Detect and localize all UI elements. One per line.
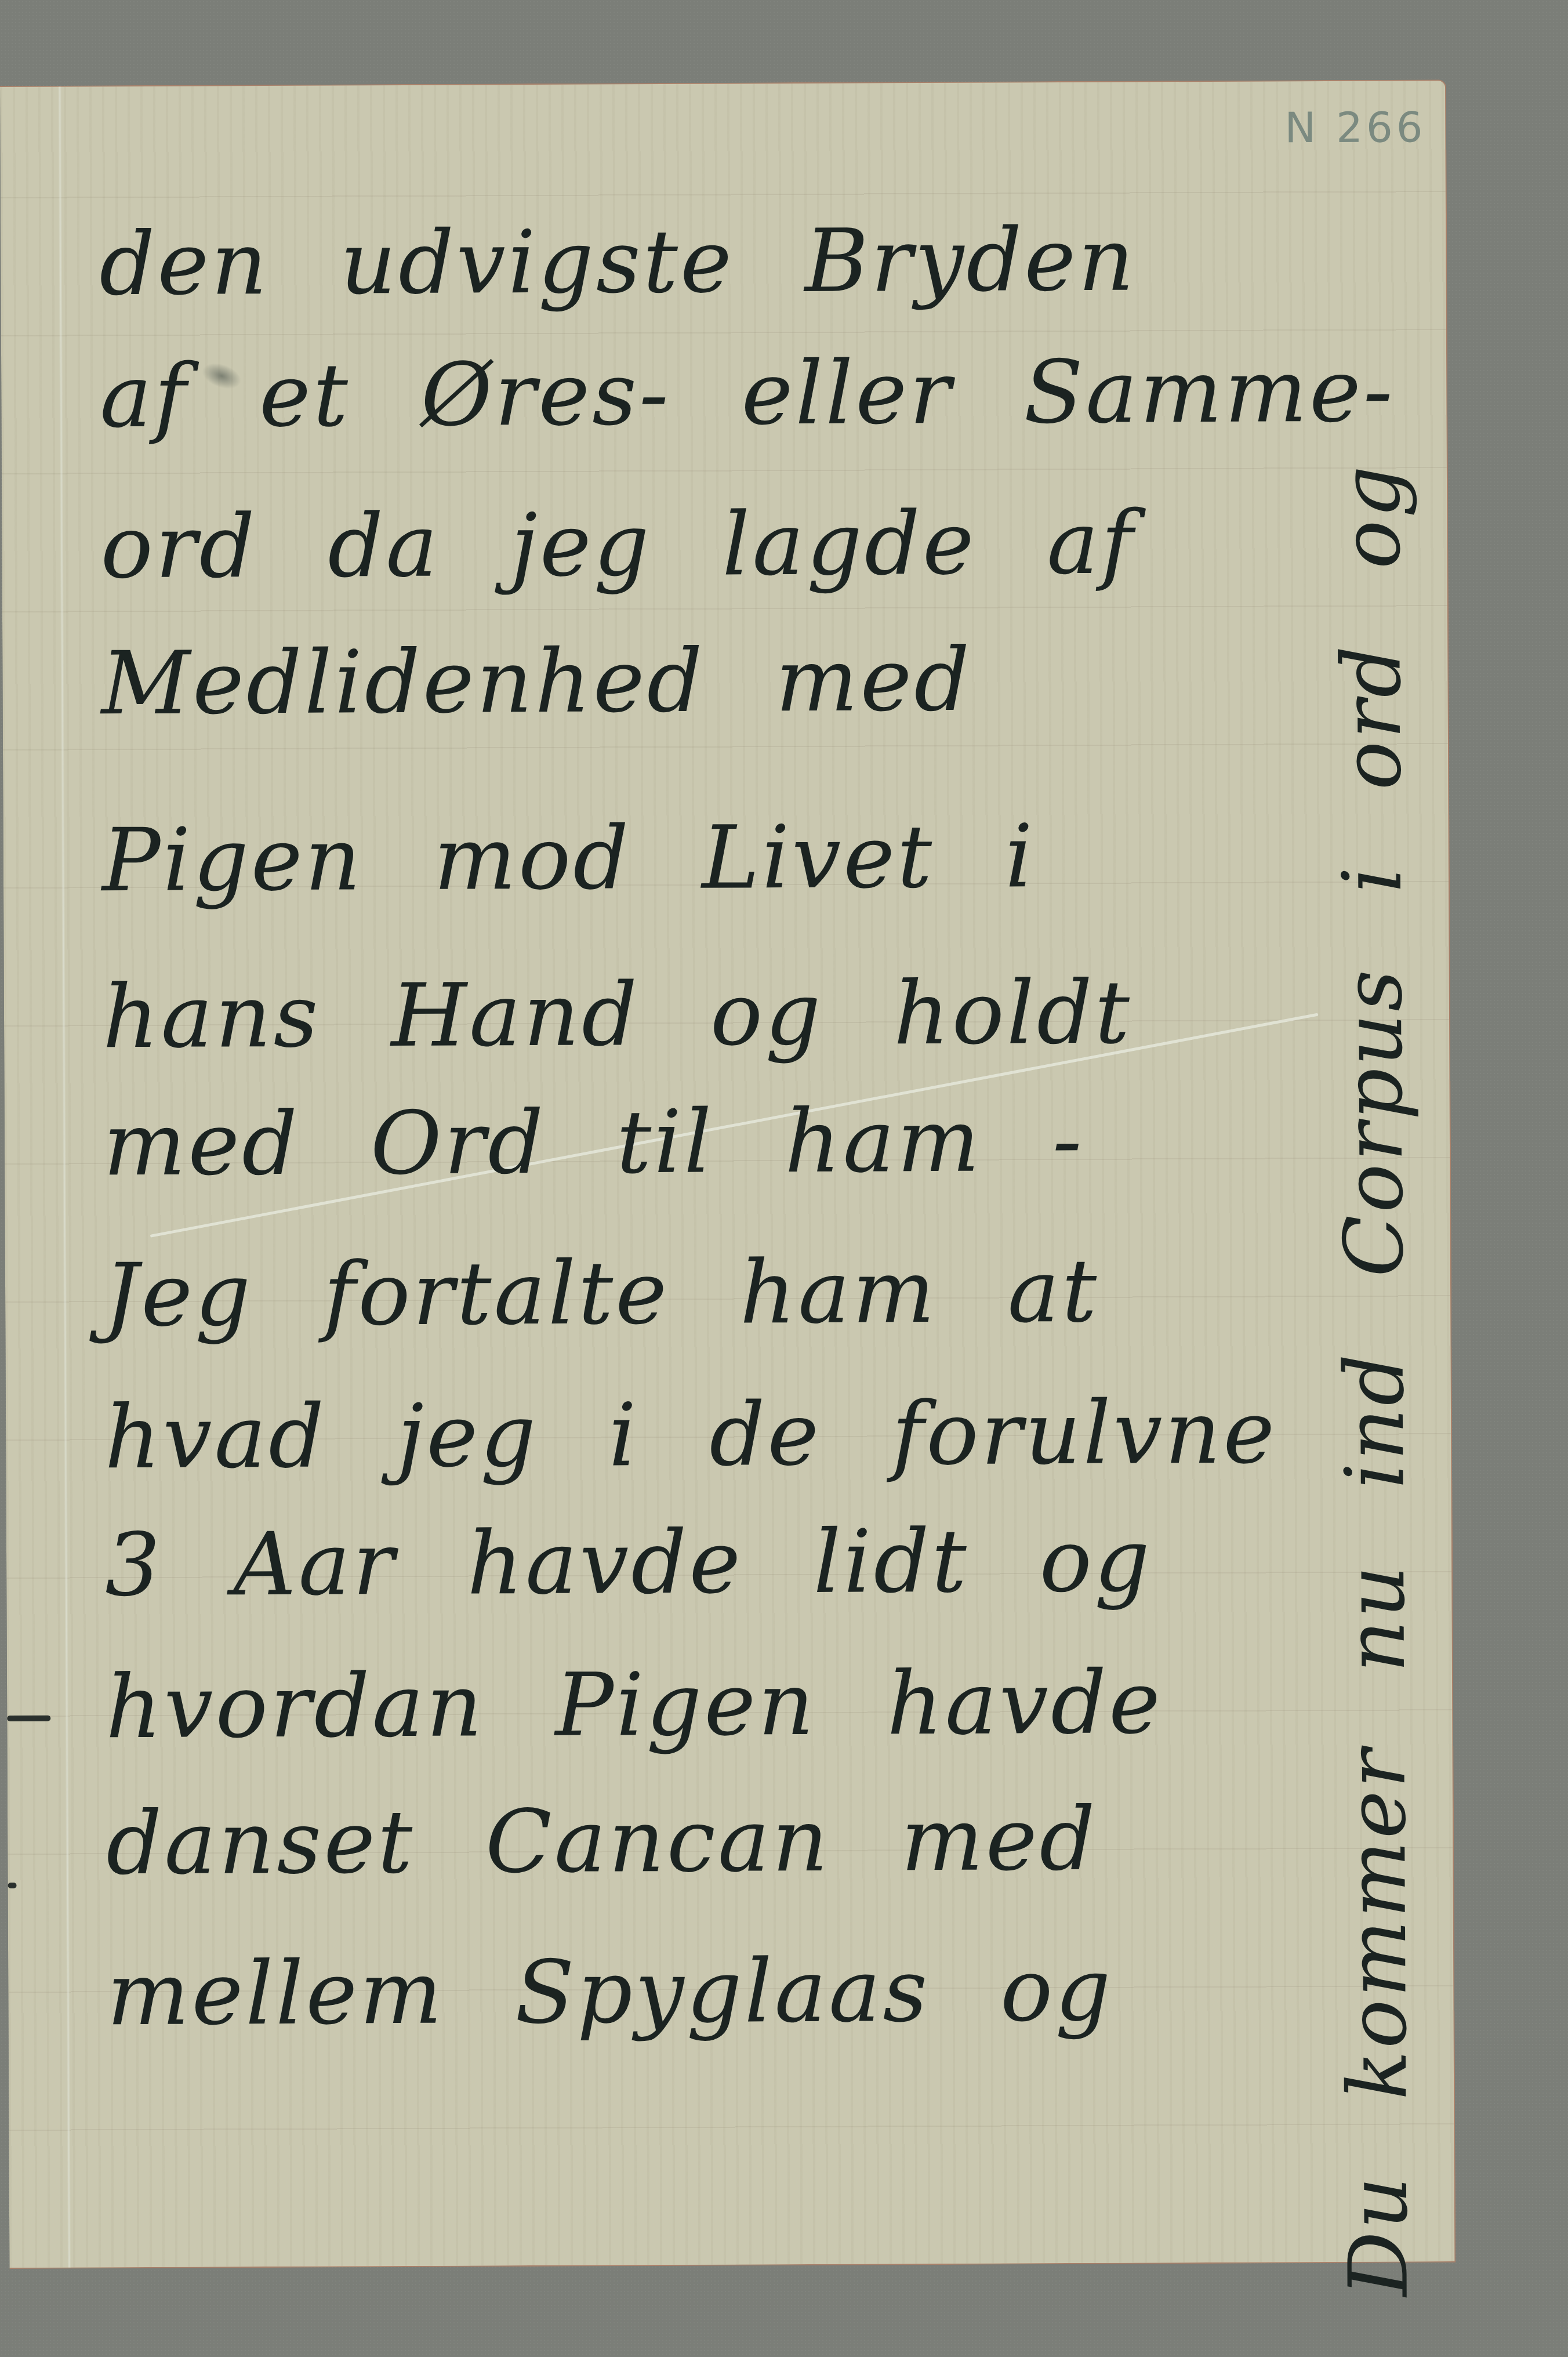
text-line-5: Pigen mod Livet i: [102, 813, 1036, 904]
text-line-10: 3 Aar havde lidt og: [105, 1517, 1152, 1609]
ink-stub-left-1: [7, 1716, 50, 1721]
text-line-9: hvad jeg i de forulvne: [104, 1389, 1277, 1481]
text-line-11: hvordan Pigen havde: [106, 1659, 1163, 1751]
ink-stub-left-2: [8, 1883, 17, 1888]
text-line-1: den udvigste Bryden: [99, 216, 1137, 308]
text-line-3: ord da jeg lagde af: [100, 499, 1135, 591]
text-line-13: mellem Spyglaas og: [107, 1947, 1113, 2039]
text-line-12: danset Cancan med: [106, 1796, 1098, 1887]
text-line-7: med Ord til ham -: [103, 1097, 1084, 1188]
archive-number: N 266: [1284, 103, 1427, 152]
fold-line: [58, 87, 71, 2268]
text-line-8: Jeg fortalte ham at: [104, 1248, 1099, 1339]
text-line-2: af et Øres- eller Samme-: [100, 348, 1395, 441]
manuscript-page: N 266 den udvigste Bryden af et Øres- el…: [0, 79, 1456, 2269]
text-line-4: Medlidenhed med: [101, 637, 972, 728]
text-line-6: hans Hand og holdt: [103, 969, 1133, 1061]
margin-note-vertical: Du kommer nu ind Corpus i ord og: [1324, 463, 1427, 2297]
